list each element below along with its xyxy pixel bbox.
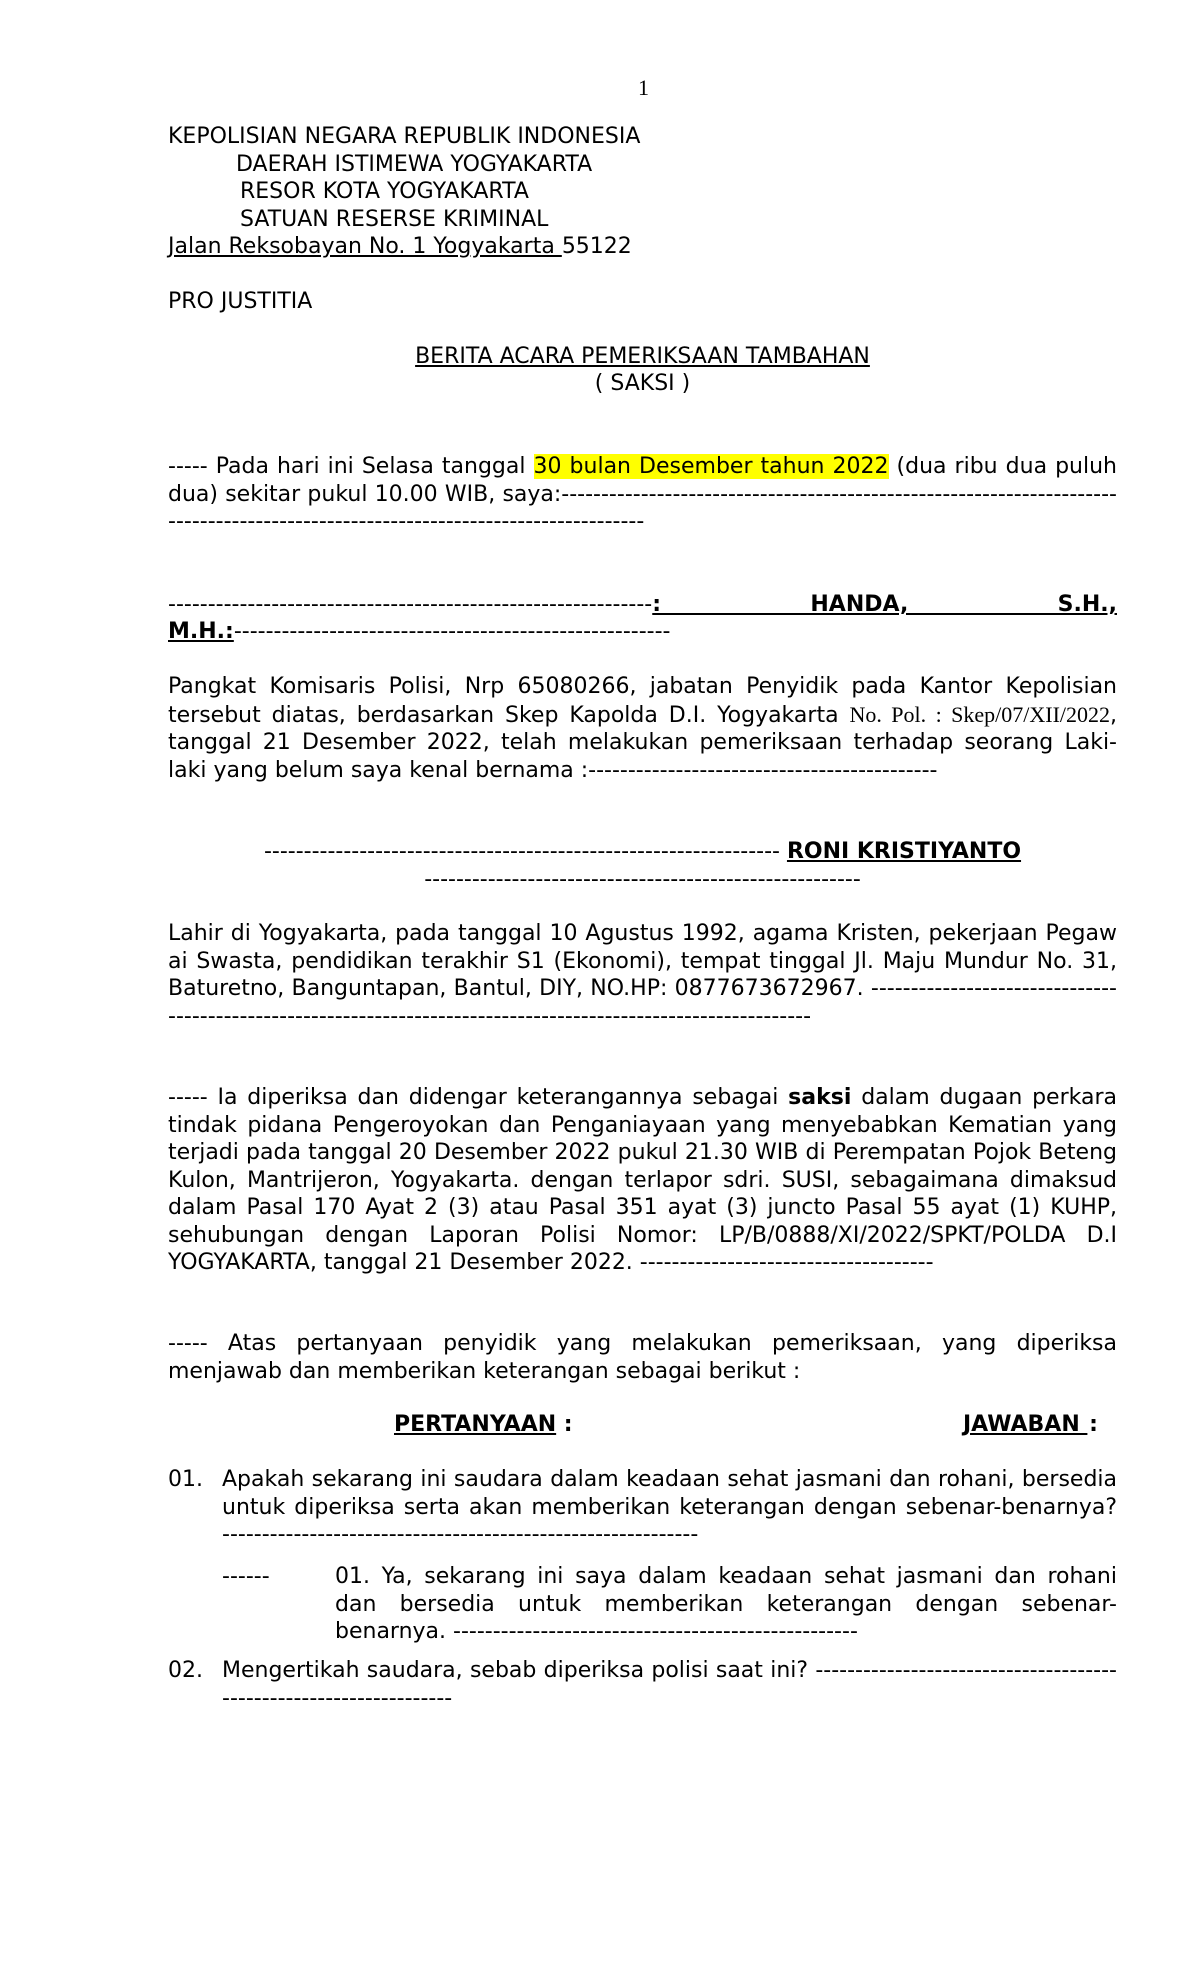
highlighted-date: 30 bulan Desember tahun 2022 xyxy=(534,454,889,479)
header-line-region: DAERAH ISTIMEWA YOGYAKARTA xyxy=(236,151,592,178)
address-street: Jalan Reksobayan No. 1 Yogyakarta xyxy=(168,234,562,259)
document-title-text: BERITA ACARA PEMERIKSAAN TAMBAHAN xyxy=(415,344,870,369)
question-number: 02. xyxy=(168,1657,203,1684)
answer-dash: ------ xyxy=(222,1563,270,1590)
role-saksi: saksi xyxy=(788,1085,851,1110)
question-header: PERTANYAAN : xyxy=(394,1411,573,1438)
header-line-unit: SATUAN RESERSE KRIMINAL xyxy=(240,206,548,233)
header-line-resort: RESOR KOTA YOGYAKARTA xyxy=(240,178,529,205)
witness-dashes: ----------------------------------------… xyxy=(264,839,787,864)
document-subtitle: ( SAKSI ) xyxy=(168,370,1117,397)
witness-name-line: ----------------------------------------… xyxy=(168,838,1117,865)
pro-justitia-label: PRO JUSTITIA xyxy=(168,288,312,315)
header-line-institution: KEPOLISIAN NEGARA REPUBLIK INDONESIA xyxy=(168,123,640,150)
question-text: Apakah sekarang ini saudara dalam keadaa… xyxy=(222,1466,1117,1549)
question-header-label: PERTANYAAN xyxy=(394,1412,556,1437)
investigator-dashes: ----------------------------------------… xyxy=(168,592,652,617)
question-header-colon: : xyxy=(556,1412,572,1437)
document-title: BERITA ACARA PEMERIKSAAN TAMBAHAN xyxy=(168,343,1117,370)
question-number: 01. xyxy=(168,1466,203,1493)
investigator-name: : HANDA, S.H., xyxy=(652,592,1117,617)
answer-header-label: JAWABAN xyxy=(963,1412,1087,1437)
address-postcode: 55122 xyxy=(562,234,632,259)
header-address: Jalan Reksobayan No. 1 Yogyakarta 55122 xyxy=(168,233,632,260)
qa-intro-paragraph: ----- Atas pertanyaan penyidik yang mela… xyxy=(168,1330,1117,1385)
case-statement-paragraph: ----- Ia diperiksa dan didengar keterang… xyxy=(168,1084,1117,1277)
page-number: 1 xyxy=(638,74,649,101)
question-text: Mengertikah saudara, sebab diperiksa pol… xyxy=(222,1657,1117,1712)
answer-header-colon: : xyxy=(1081,1412,1097,1437)
witness-name: RONI KRISTIYANTO xyxy=(787,839,1021,864)
case-suffix: dalam dugaan perkara tindak pidana Penge… xyxy=(168,1085,1117,1275)
investigator-dashes-after: ----------------------------------------… xyxy=(234,619,671,644)
answer-text: 01. Ya, sekarang ini saya dalam keadaan … xyxy=(335,1563,1117,1646)
investigator-details-paragraph: Pangkat Komisaris Polisi, Nrp 65080266, … xyxy=(168,673,1117,784)
investigator-name-line: ----------------------------------------… xyxy=(168,591,1117,619)
case-prefix: ----- Ia diperiksa dan didengar keterang… xyxy=(168,1085,788,1110)
skep-number: No. Pol. : Skep/07/XII/2022 xyxy=(849,702,1110,727)
opening-prefix: ----- Pada hari ini Selasa tanggal xyxy=(168,454,534,479)
witness-dashes-line: ----------------------------------------… xyxy=(168,866,1117,893)
investigator-degree: M.H.: xyxy=(168,619,234,644)
witness-details-paragraph: Lahir di Yogyakarta, pada tanggal 10 Agu… xyxy=(168,920,1117,1030)
answer-header: JAWABAN : xyxy=(963,1411,1098,1438)
investigator-title-line: M.H.:-----------------------------------… xyxy=(168,618,670,645)
opening-paragraph: ----- Pada hari ini Selasa tanggal 30 bu… xyxy=(168,453,1117,536)
